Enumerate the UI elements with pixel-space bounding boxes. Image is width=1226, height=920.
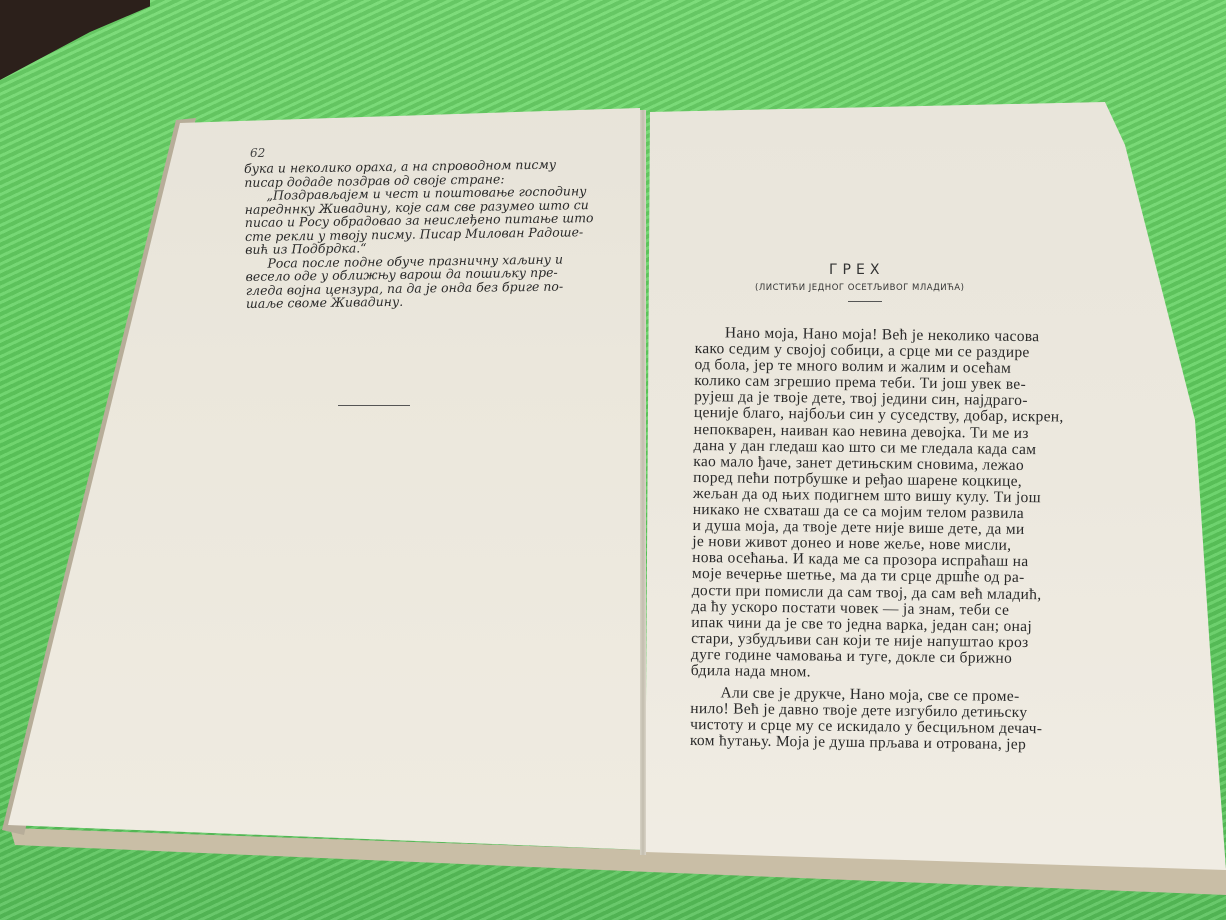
- page-number: 62: [250, 146, 265, 160]
- open-book: 62 бука и неколико ораха, а на спроводно…: [0, 0, 1226, 920]
- left-page-text: бука и неколико ораха, а на спроводном п…: [244, 157, 595, 310]
- chapter-title: ГРЕХ: [829, 262, 884, 278]
- chapter-subtitle: (ЛИСТИЋИ ЈЕДНОГ ОСЕТЉИВОГ МЛАДИЋА): [755, 283, 964, 293]
- title-divider: [848, 301, 882, 302]
- book-gutter: [640, 110, 646, 855]
- right-page-text: Нано моја, Нано моја! Већ је неколико ча…: [690, 325, 1065, 754]
- section-divider: [338, 405, 410, 406]
